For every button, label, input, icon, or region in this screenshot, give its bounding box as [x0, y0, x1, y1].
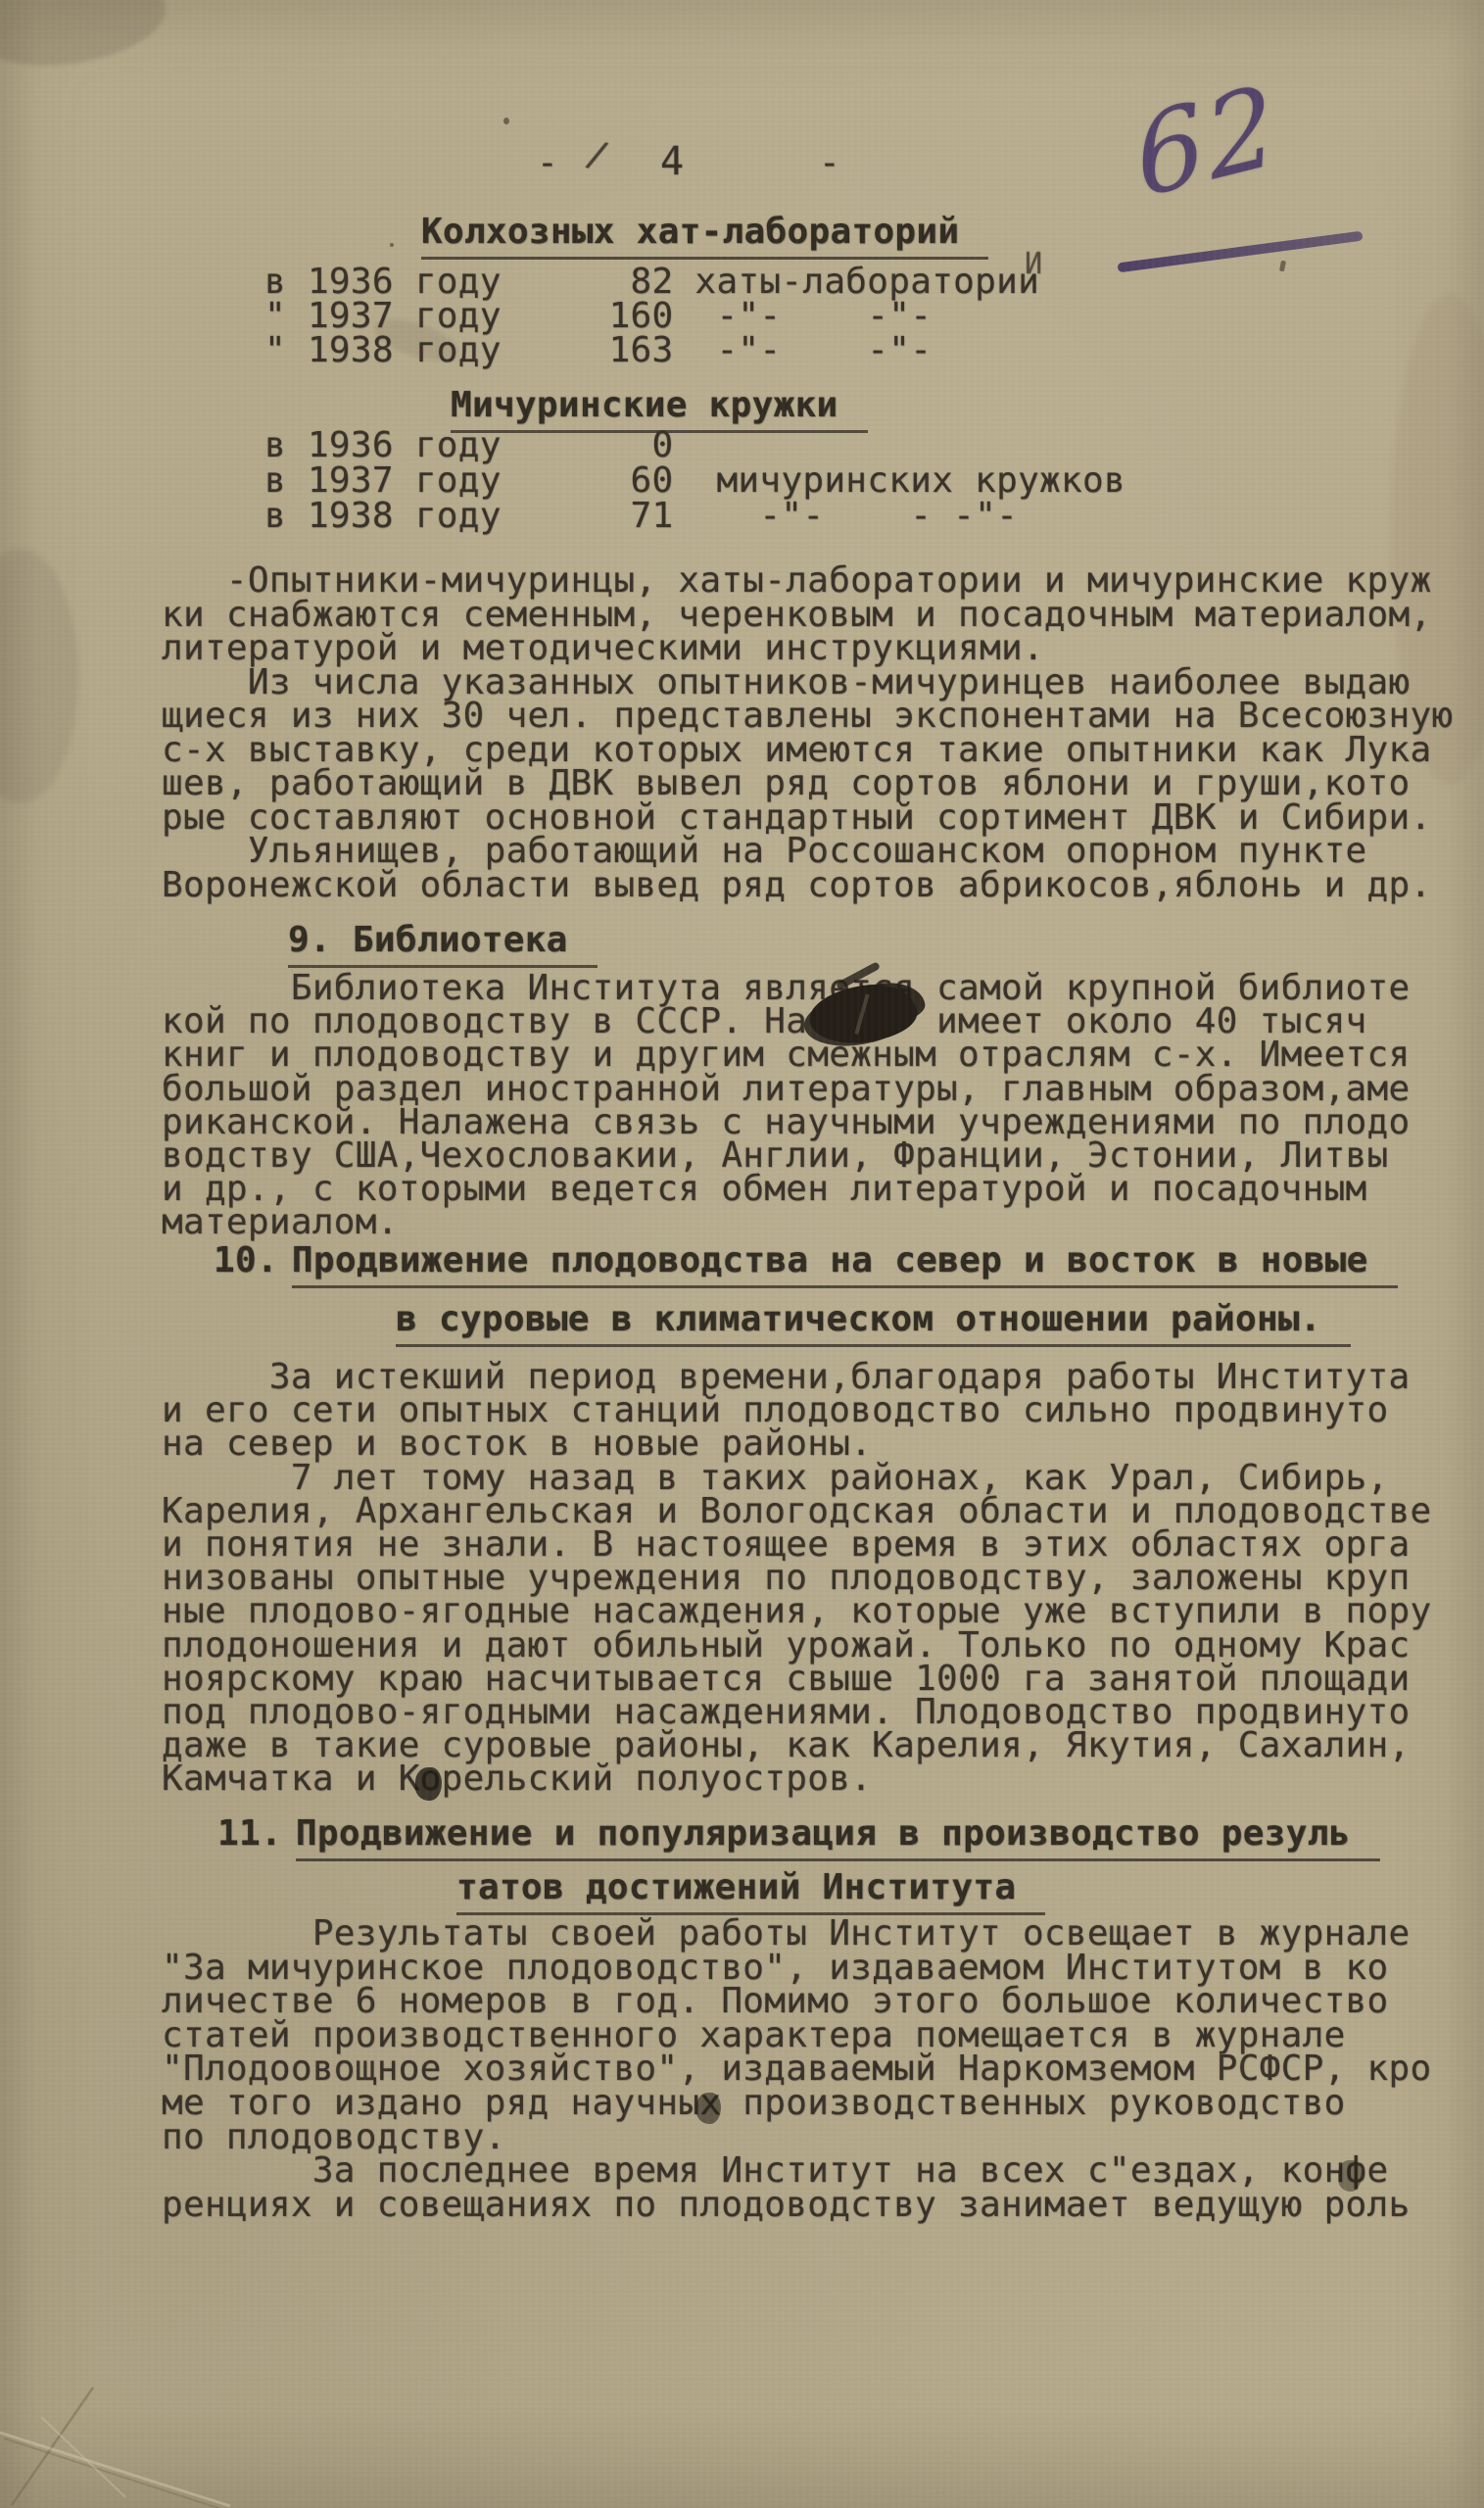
text-line: и понятия не знали. В настоящее время в … [162, 1528, 1431, 1562]
paper-speck [390, 243, 394, 247]
ink-blot-highlight [854, 993, 869, 1034]
paragraph-popularization: Результаты своей работы Институт освещае… [162, 1917, 1431, 2222]
paper-speck [1279, 261, 1286, 272]
text-line: ме того издано ряд научных производствен… [162, 2087, 1431, 2121]
text-line: по плодоводству. [162, 2121, 1431, 2155]
document-page: - / 4 - 62 И Колхозных хат-лабораторий в… [0, 0, 1484, 2508]
text-line: плодоношения и дают обильный урожай. Тол… [162, 1629, 1431, 1663]
text-line: шев, работающий в ДВК вывел ряд сортов я… [162, 767, 1453, 801]
table-row: в 1937 году 60 мичуринских кружков [264, 463, 1125, 499]
text-line: Из числа указанных опытников-мичуринцев … [162, 666, 1453, 700]
heading-popularization-line1: 11.Продвижение и популяризация в произво… [217, 1813, 1380, 1854]
text-line: с-х выставку, среди которых имеются таки… [162, 734, 1453, 768]
text-line: статей производственного характера помещ… [162, 2019, 1431, 2053]
heading-popularization-title: Продвижение и популяризация в производст… [296, 1813, 1380, 1861]
text-line: литературой и методическими инструкциями… [162, 632, 1453, 666]
text-line: За истекший период времени,благодаря раб… [162, 1361, 1431, 1394]
page-header-dash-right: - [819, 143, 840, 183]
overstrike-blot [1338, 2160, 1362, 2192]
table-row: " 1937 году 160 -"- -"- [264, 299, 1039, 333]
table-row: в 1936 году 82 хаты-лаборатории [264, 265, 1039, 299]
text-line: риканской. Налажена связь с научными учр… [162, 1106, 1410, 1139]
text-line: водству США,Чехословакии, Англии, Франци… [162, 1139, 1410, 1173]
text-line: даже в такие суровые районы, как Карелия… [162, 1729, 1431, 1762]
section-number: 11. [217, 1813, 296, 1854]
text-line: и др., с которыми ведется обмен литерату… [162, 1173, 1410, 1206]
paragraph-advance-north: За истекший период времени,благодаря раб… [162, 1361, 1431, 1797]
section-number: 10. [214, 1240, 292, 1280]
text-line: Ульянищев, работающий на Россошанском оп… [162, 835, 1453, 869]
text-line: Воронежской области вывед ряд сортов абр… [162, 869, 1453, 903]
paragraph-library: Библиотека Института является самой круп… [162, 972, 1410, 1240]
text-line: ки снабжаются семенным, черенковым и пос… [162, 599, 1453, 633]
heading-popularization-line2: татов достижений Института [456, 1867, 1045, 1907]
heading-advance-north-line2: в суровые в климатическом отношении райо… [396, 1299, 1351, 1339]
text-line: Камчатка и Корельский полуостров. [162, 1762, 1431, 1796]
table-row: в 1936 году 0 [264, 428, 1125, 463]
text-line: "Плодоовощное хозяйство", издаваемый Нар… [162, 2052, 1431, 2087]
text-line: ренциях и совещаниях по плодоводству зан… [162, 2189, 1431, 2223]
text-line: Библиотека Института является самой круп… [162, 972, 1410, 1005]
text-line: и его сети опытных станций плодоводство … [162, 1394, 1431, 1427]
text-line: щиеся из них 30 чел. представлены экспон… [162, 699, 1453, 734]
pencil-tick-mark: / [587, 135, 608, 175]
page-header-dash-left: - [537, 143, 558, 183]
paper-stain [0, 0, 171, 76]
heading-khata-labs-text: Колхозных хат-лабораторий [421, 212, 988, 260]
paper-speck [503, 118, 509, 124]
corner-crease [0, 2376, 274, 2508]
handwritten-archive-number: 62 [1127, 61, 1286, 222]
text-line: Карелия, Архангельская и Вологодская обл… [162, 1495, 1431, 1528]
text-line: на север и восток в новые районы. [162, 1427, 1431, 1461]
overstrike-blot [696, 2093, 721, 2124]
text-line: большой раздел иностранной литературы, г… [162, 1073, 1410, 1106]
text-line: -Опытники-мичуринцы, хаты-лаборатории и … [162, 564, 1453, 599]
text-line: Результаты своей работы Институт освещае… [162, 1917, 1431, 1952]
text-line: ные плодово-ягодные насаждения, которые … [162, 1595, 1431, 1628]
page-number: 4 [660, 139, 684, 184]
text-line: личестве 6 номеров в год. Помимо этого б… [162, 1985, 1431, 2019]
text-line: За последнее время Институт на всех с"ез… [162, 2154, 1431, 2189]
pencil-tick-glyph: / [582, 133, 612, 177]
table-row: " 1938 году 163 -"- -"- [264, 333, 1039, 367]
heading-michurin-circles: Мичуринские кружки [451, 385, 868, 425]
heading-advance-north-line1: 10.Продвижение плодоводства на север и в… [214, 1240, 1398, 1280]
table-khata-labs: в 1936 году 82 хаты-лаборатории" 1937 го… [264, 265, 1039, 367]
heading-advance-north-title: Продвижение плодоводства на север и вост… [292, 1240, 1398, 1288]
text-line: "За мичуринское плодоводство", издаваемо… [162, 1952, 1431, 1986]
heading-popularization-title2: татов достижений Института [456, 1867, 1045, 1915]
heading-khata-labs: Колхозных хат-лабораторий [421, 212, 988, 252]
text-line: материалом. [162, 1206, 1410, 1239]
text-line: низованы опытные учреждения по плодоводс… [162, 1562, 1431, 1595]
text-line: ноярскому краю насчитывается свыше 1000 … [162, 1663, 1431, 1696]
table-row: в 1938 году 71 -"- - -"- [264, 499, 1125, 534]
heading-advance-north-title2: в суровые в климатическом отношении райо… [396, 1299, 1351, 1347]
text-line: 7 лет тому назад в таких районах, как Ур… [162, 1462, 1431, 1495]
heading-library-text: 9. Библиотека [288, 920, 598, 968]
table-michurin-circles: в 1936 году 0в 1937 году 60 мичуринских … [264, 428, 1125, 534]
heading-library: 9. Библиотека [288, 920, 598, 960]
paper-stain [0, 549, 78, 803]
text-line: под плодово-ягодными насаждениями. Плодо… [162, 1696, 1431, 1729]
text-line: рые составляют основной стандартный сорт… [162, 801, 1453, 836]
text-line: книг и плодоводству и другим смежным отр… [162, 1038, 1410, 1072]
overstrike-blot [415, 1767, 442, 1801]
paragraph-experimenters: -Опытники-мичуринцы, хаты-лаборатории и … [162, 564, 1453, 902]
text-line: кой по плодоводству в СССР. На имеет око… [162, 1005, 1410, 1038]
handwritten-underline-stroke [1117, 231, 1363, 273]
